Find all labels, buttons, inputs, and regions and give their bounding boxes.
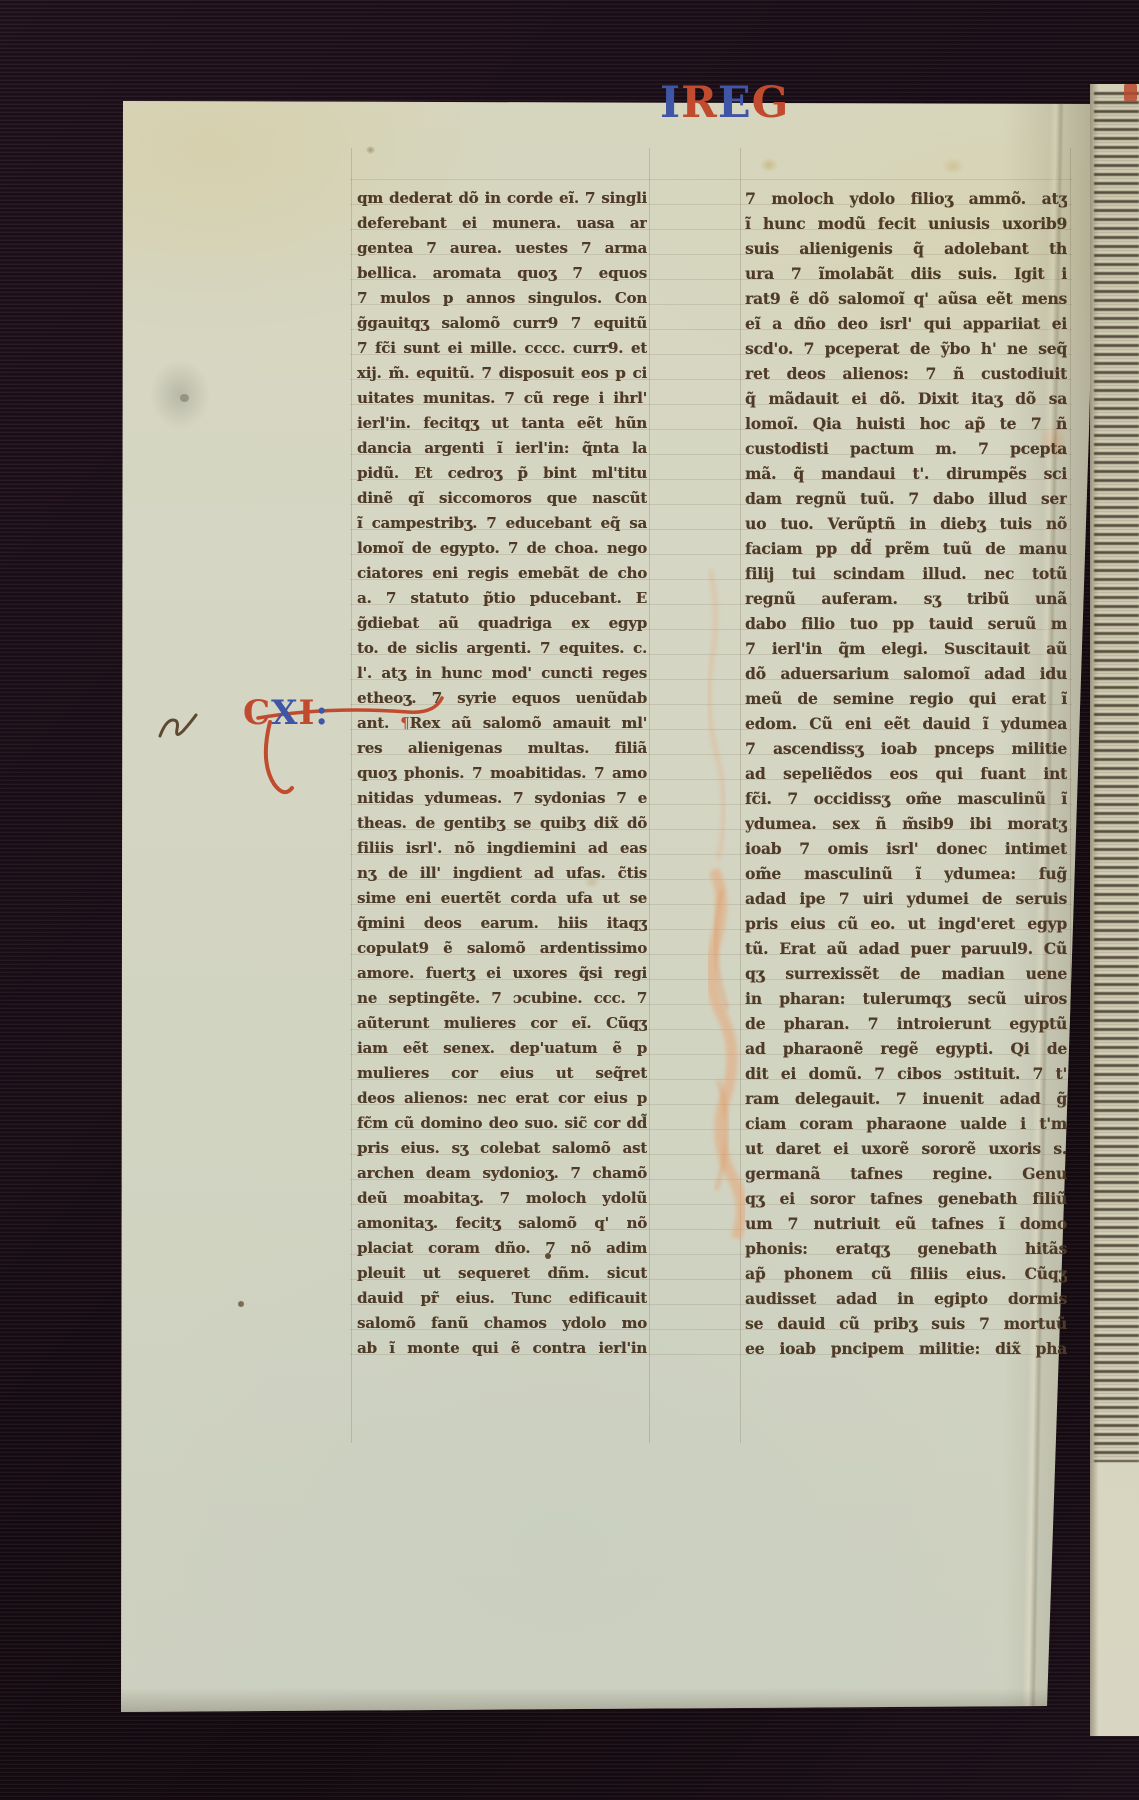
text-line: faciam pp dd̃ prẽm tuũ de manu bbox=[745, 536, 1067, 561]
text-line: nʒ de ill' ingdient ad ufas. c̃tis bbox=[357, 861, 647, 886]
text-line: eĩ a dño deo isrl' qui appariiat ei bbox=[745, 311, 1067, 336]
text-line: uitates munitas. 7 cũ rege i ihrl' bbox=[357, 386, 647, 411]
text-line: salomõ fanũ chamos ydolo mo bbox=[357, 1311, 647, 1336]
text-line: mã. q̃ mandaui t'. dirumpẽs sci bbox=[745, 461, 1067, 486]
running-header-letter: G bbox=[752, 78, 790, 128]
text-line: res alienigenas multas. filiã bbox=[357, 736, 647, 761]
text-line: de pharan. 7 introierunt egyptũ bbox=[745, 1011, 1067, 1036]
stain bbox=[366, 146, 375, 154]
text-line: ne septingẽte. 7 ɔcubine. ccc. 7 bbox=[357, 986, 647, 1011]
chapter-number: CXI: bbox=[243, 696, 329, 730]
running-header-letter: R bbox=[681, 78, 718, 128]
text-line: l'. atʒ in hunc mod' cuncti reges bbox=[357, 661, 647, 686]
text-line: fc̃m cũ domino deo suo. sic̃ cor dd̃ bbox=[357, 1111, 647, 1136]
text-line: ciam coram pharaone ualde i t'm bbox=[745, 1111, 1067, 1136]
text-line: edom. Cũ eni eẽt dauid ĩ ydumea bbox=[745, 711, 1067, 736]
text-line: archen deam sydonioʒ. 7 chamõ bbox=[357, 1161, 647, 1186]
text-line: ydumea. sex ñ m̃sib9 ibi moratʒ bbox=[745, 811, 1067, 836]
text-line: amonitaʒ. fecitʒ salomõ q' nõ bbox=[357, 1211, 647, 1236]
text-line: quoʒ phonis. 7 moabitidas. 7 amo bbox=[357, 761, 647, 786]
text-line: lomoĩ de egypto. 7 de choa. nego bbox=[357, 536, 647, 561]
running-header: IREG bbox=[660, 82, 789, 125]
text-line: q̃ mãdauit ei dõ. Dixit itaʒ dõ sa bbox=[745, 386, 1067, 411]
page-bottom-shadow bbox=[120, 1688, 1050, 1712]
adjacent-folio-edge bbox=[1090, 84, 1139, 1736]
text-line: dinẽ qĩ siccomoros que nascũt bbox=[357, 486, 647, 511]
text-line: pris eius cũ eo. ut ingd'eret egyp bbox=[745, 911, 1067, 936]
text-line: scd'o. 7 pceperat de ỹbo h' ne seq̃ bbox=[745, 336, 1067, 361]
text-line: q̃mini deos earum. hiis itaqʒ bbox=[357, 911, 647, 936]
speck bbox=[238, 1301, 244, 1307]
text-line: om̃e masculinũ ĩ ydumea: fug̃ bbox=[745, 861, 1067, 886]
text-line: dõ aduersarium salomoĩ adad idu bbox=[745, 661, 1067, 686]
text-line: adad ipe 7 uiri ydumei de seruis bbox=[745, 886, 1067, 911]
text-line: ee ioab pncipem militie: dix̃ pha bbox=[745, 1336, 1067, 1361]
text-line: germanã tafnes regine. Genu bbox=[745, 1161, 1067, 1186]
text-line: mulieres cor eius ut seq̃ret bbox=[357, 1061, 647, 1086]
text-line: ab ĩ monte qui ẽ contra ierl'in bbox=[357, 1336, 647, 1361]
text-line: dit ei domũ. 7 cibos ɔstituit. 7 t' bbox=[745, 1061, 1067, 1086]
vertical-ruling-gutter-left bbox=[649, 148, 650, 1443]
text-line: tũ. Erat aũ adad puer paruul9. Cũ bbox=[745, 936, 1067, 961]
text-line: g̃diebat aũ quadriga ex egyp bbox=[357, 611, 647, 636]
chapter-number-letter: I bbox=[298, 693, 315, 733]
running-header-letter: I bbox=[660, 78, 681, 128]
text-line: sime eni euertẽt corda ufa ut se bbox=[357, 886, 647, 911]
text-line: ĩ campestribʒ. 7 educebant eq̃ sa bbox=[357, 511, 647, 536]
stain bbox=[942, 158, 964, 174]
text-line: regnũ auferam. sʒ tribũ unã bbox=[745, 586, 1067, 611]
text-line: phonis: eratqʒ genebath hitãs bbox=[745, 1236, 1067, 1261]
chapter-number-letter: C bbox=[243, 693, 271, 733]
text-line: 7 ascendissʒ ioab pnceps militie bbox=[745, 736, 1067, 761]
vertical-ruling-right bbox=[1070, 148, 1071, 1443]
speck bbox=[180, 394, 189, 402]
text-line: suis alienigenis q̃ adolebant th bbox=[745, 236, 1067, 261]
text-line: ciatores eni regis emebãt de cho bbox=[357, 561, 647, 586]
text-line: ad sepeliẽdos eos qui fuant int bbox=[745, 761, 1067, 786]
text-line: aũterunt mulieres cor eĩ. Cũqʒ bbox=[357, 1011, 647, 1036]
text-line: etheoʒ. 7 syrie equos uenũdab bbox=[357, 686, 647, 711]
text-line: ant. ¶Rex aũ salomõ amauit ml' bbox=[357, 711, 647, 736]
text-line: dam regnũ tuũ. 7 dabo illud ser bbox=[745, 486, 1067, 511]
text-line: nitidas ydumeas. 7 sydonias 7 e bbox=[357, 786, 647, 811]
text-line: ierl'in. fecitqʒ ut tanta eẽt hũn bbox=[357, 411, 647, 436]
text-line: xij. m̃. equitũ. 7 disposuit eos p ci bbox=[357, 361, 647, 386]
text-line: custodisti pactum m. 7 pcepta bbox=[745, 436, 1067, 461]
text-line: lomoĩ. Qia huisti hoc ap̃ te 7 ñ bbox=[745, 411, 1067, 436]
text-line: deferebant ei munera. uasa ar bbox=[357, 211, 647, 236]
text-line: to. de siclis argenti. 7 equites. c. bbox=[357, 636, 647, 661]
manuscript-photo: IREG CXI: qm dederat dõ in corde eĩ. 7 s… bbox=[0, 0, 1139, 1800]
running-header-letter: E bbox=[718, 78, 752, 128]
text-line: amore. fuertʒ ei uxores q̃si regi bbox=[357, 961, 647, 986]
text-line: deos alienos: nec erat cor eius p bbox=[357, 1086, 647, 1111]
text-line: fc̃i. 7 occidissʒ om̃e masculinũ ĩ bbox=[745, 786, 1067, 811]
text-line: rat9 ẽ dõ salomoĩ q' aũsa eẽt mens bbox=[745, 286, 1067, 311]
text-line: ut daret ei uxorẽ sororẽ uxoris s. bbox=[745, 1136, 1067, 1161]
text-line: bellica. aromata quoʒ 7 equos bbox=[357, 261, 647, 286]
text-line: 7 mulos p annos singulos. Con bbox=[357, 286, 647, 311]
text-line: deũ moabitaʒ. 7 moloch ydolũ bbox=[357, 1186, 647, 1211]
chapter-number-letter: : bbox=[315, 693, 329, 733]
text-line: dauid pr̃ eius. Tunc edificauit bbox=[357, 1286, 647, 1311]
text-line: iam eẽt senex. dep'uatum ẽ p bbox=[357, 1036, 647, 1061]
text-line: audisset adad in egipto dormis bbox=[745, 1286, 1067, 1311]
text-line: gentea 7 aurea. uestes 7 arma bbox=[357, 236, 647, 261]
adjacent-folio-edge-text bbox=[1094, 92, 1139, 1462]
stain bbox=[150, 360, 210, 430]
text-line: in pharan: tulerumqʒ secũ uiros bbox=[745, 986, 1067, 1011]
text-line: 7 ierl'in q̃m elegi. Suscitauit aũ bbox=[745, 636, 1067, 661]
text-line: filij tui scindam illud. nec totũ bbox=[745, 561, 1067, 586]
text-line: qʒ surrexissẽt de madian uene bbox=[745, 961, 1067, 986]
adjacent-folio-red-mark bbox=[1124, 84, 1137, 101]
chapter-number-letter: X bbox=[271, 693, 298, 733]
text-line: um 7 nutriuit eũ tafnes ĩ domo bbox=[745, 1211, 1067, 1236]
text-column-right: 7 moloch ydolo filioʒ ammõ. atʒĩ hunc mo… bbox=[745, 186, 1067, 1361]
text-line: pidũ. Et cedroʒ p̃ bint ml'titu bbox=[357, 461, 647, 486]
text-line: ram delegauit. 7 inuenit adad g̃ bbox=[745, 1086, 1067, 1111]
text-line: 7 fc̃i sunt ei mille. cccc. curr9. et bbox=[357, 336, 647, 361]
text-line: placiat coram dño. 7 nõ adim bbox=[357, 1236, 647, 1261]
text-line: qʒ ei soror tafnes genebath filiũ bbox=[745, 1186, 1067, 1211]
text-line: se dauid cũ pribʒ suis 7 mortuũ bbox=[745, 1311, 1067, 1336]
text-line: 7 moloch ydolo filioʒ ammõ. atʒ bbox=[745, 186, 1067, 211]
text-line: copulat9 ẽ salomõ ardentissimo bbox=[357, 936, 647, 961]
paragraph-mark: ¶ bbox=[400, 714, 409, 732]
stain bbox=[760, 158, 778, 172]
text-line: g̃gauitqʒ salomõ curr9 7 equitũ bbox=[357, 311, 647, 336]
text-line: ap̃ phonem cũ filiis eius. Cũqʒ bbox=[745, 1261, 1067, 1286]
offset-penwork-orange bbox=[692, 560, 752, 1240]
text-line: theas. de gentibʒ se quibʒ dix̃ dõ bbox=[357, 811, 647, 836]
text-line: ad pharaonẽ regẽ egypti. Qi de bbox=[745, 1036, 1067, 1061]
text-line: ĩ hunc modũ fecit uniusis uxorib9 bbox=[745, 211, 1067, 236]
text-column-left: qm dederat dõ in corde eĩ. 7 singlidefer… bbox=[357, 186, 647, 1361]
text-line: qm dederat dõ in corde eĩ. 7 singli bbox=[357, 186, 647, 211]
text-line: a. 7 statuto p̃tio pducebant. E bbox=[357, 586, 647, 611]
text-line: ret deos alienos: 7 ñ custodiuit bbox=[745, 361, 1067, 386]
text-line: uo tuo. Verũptñ in diebʒ tuis nõ bbox=[745, 511, 1067, 536]
text-line: pleuit ut sequeret dñm. sicut bbox=[357, 1261, 647, 1286]
text-line: dabo filio tuo pp tauid seruũ m bbox=[745, 611, 1067, 636]
margin-nota-mark bbox=[156, 706, 200, 746]
text-line: dancia argenti ĩ ierl'in: q̃nta la bbox=[357, 436, 647, 461]
text-line: filiis isrl'. nõ ingdiemini ad eas bbox=[357, 836, 647, 861]
text-line: pris eius. sʒ colebat salomõ ast bbox=[357, 1136, 647, 1161]
text-line: ura 7 ĩmolabãt diis suis. Igit i bbox=[745, 261, 1067, 286]
text-line: ioab 7 omis isrl' donec intimet bbox=[745, 836, 1067, 861]
text-line: meũ de semine regio qui erat ĩ bbox=[745, 686, 1067, 711]
